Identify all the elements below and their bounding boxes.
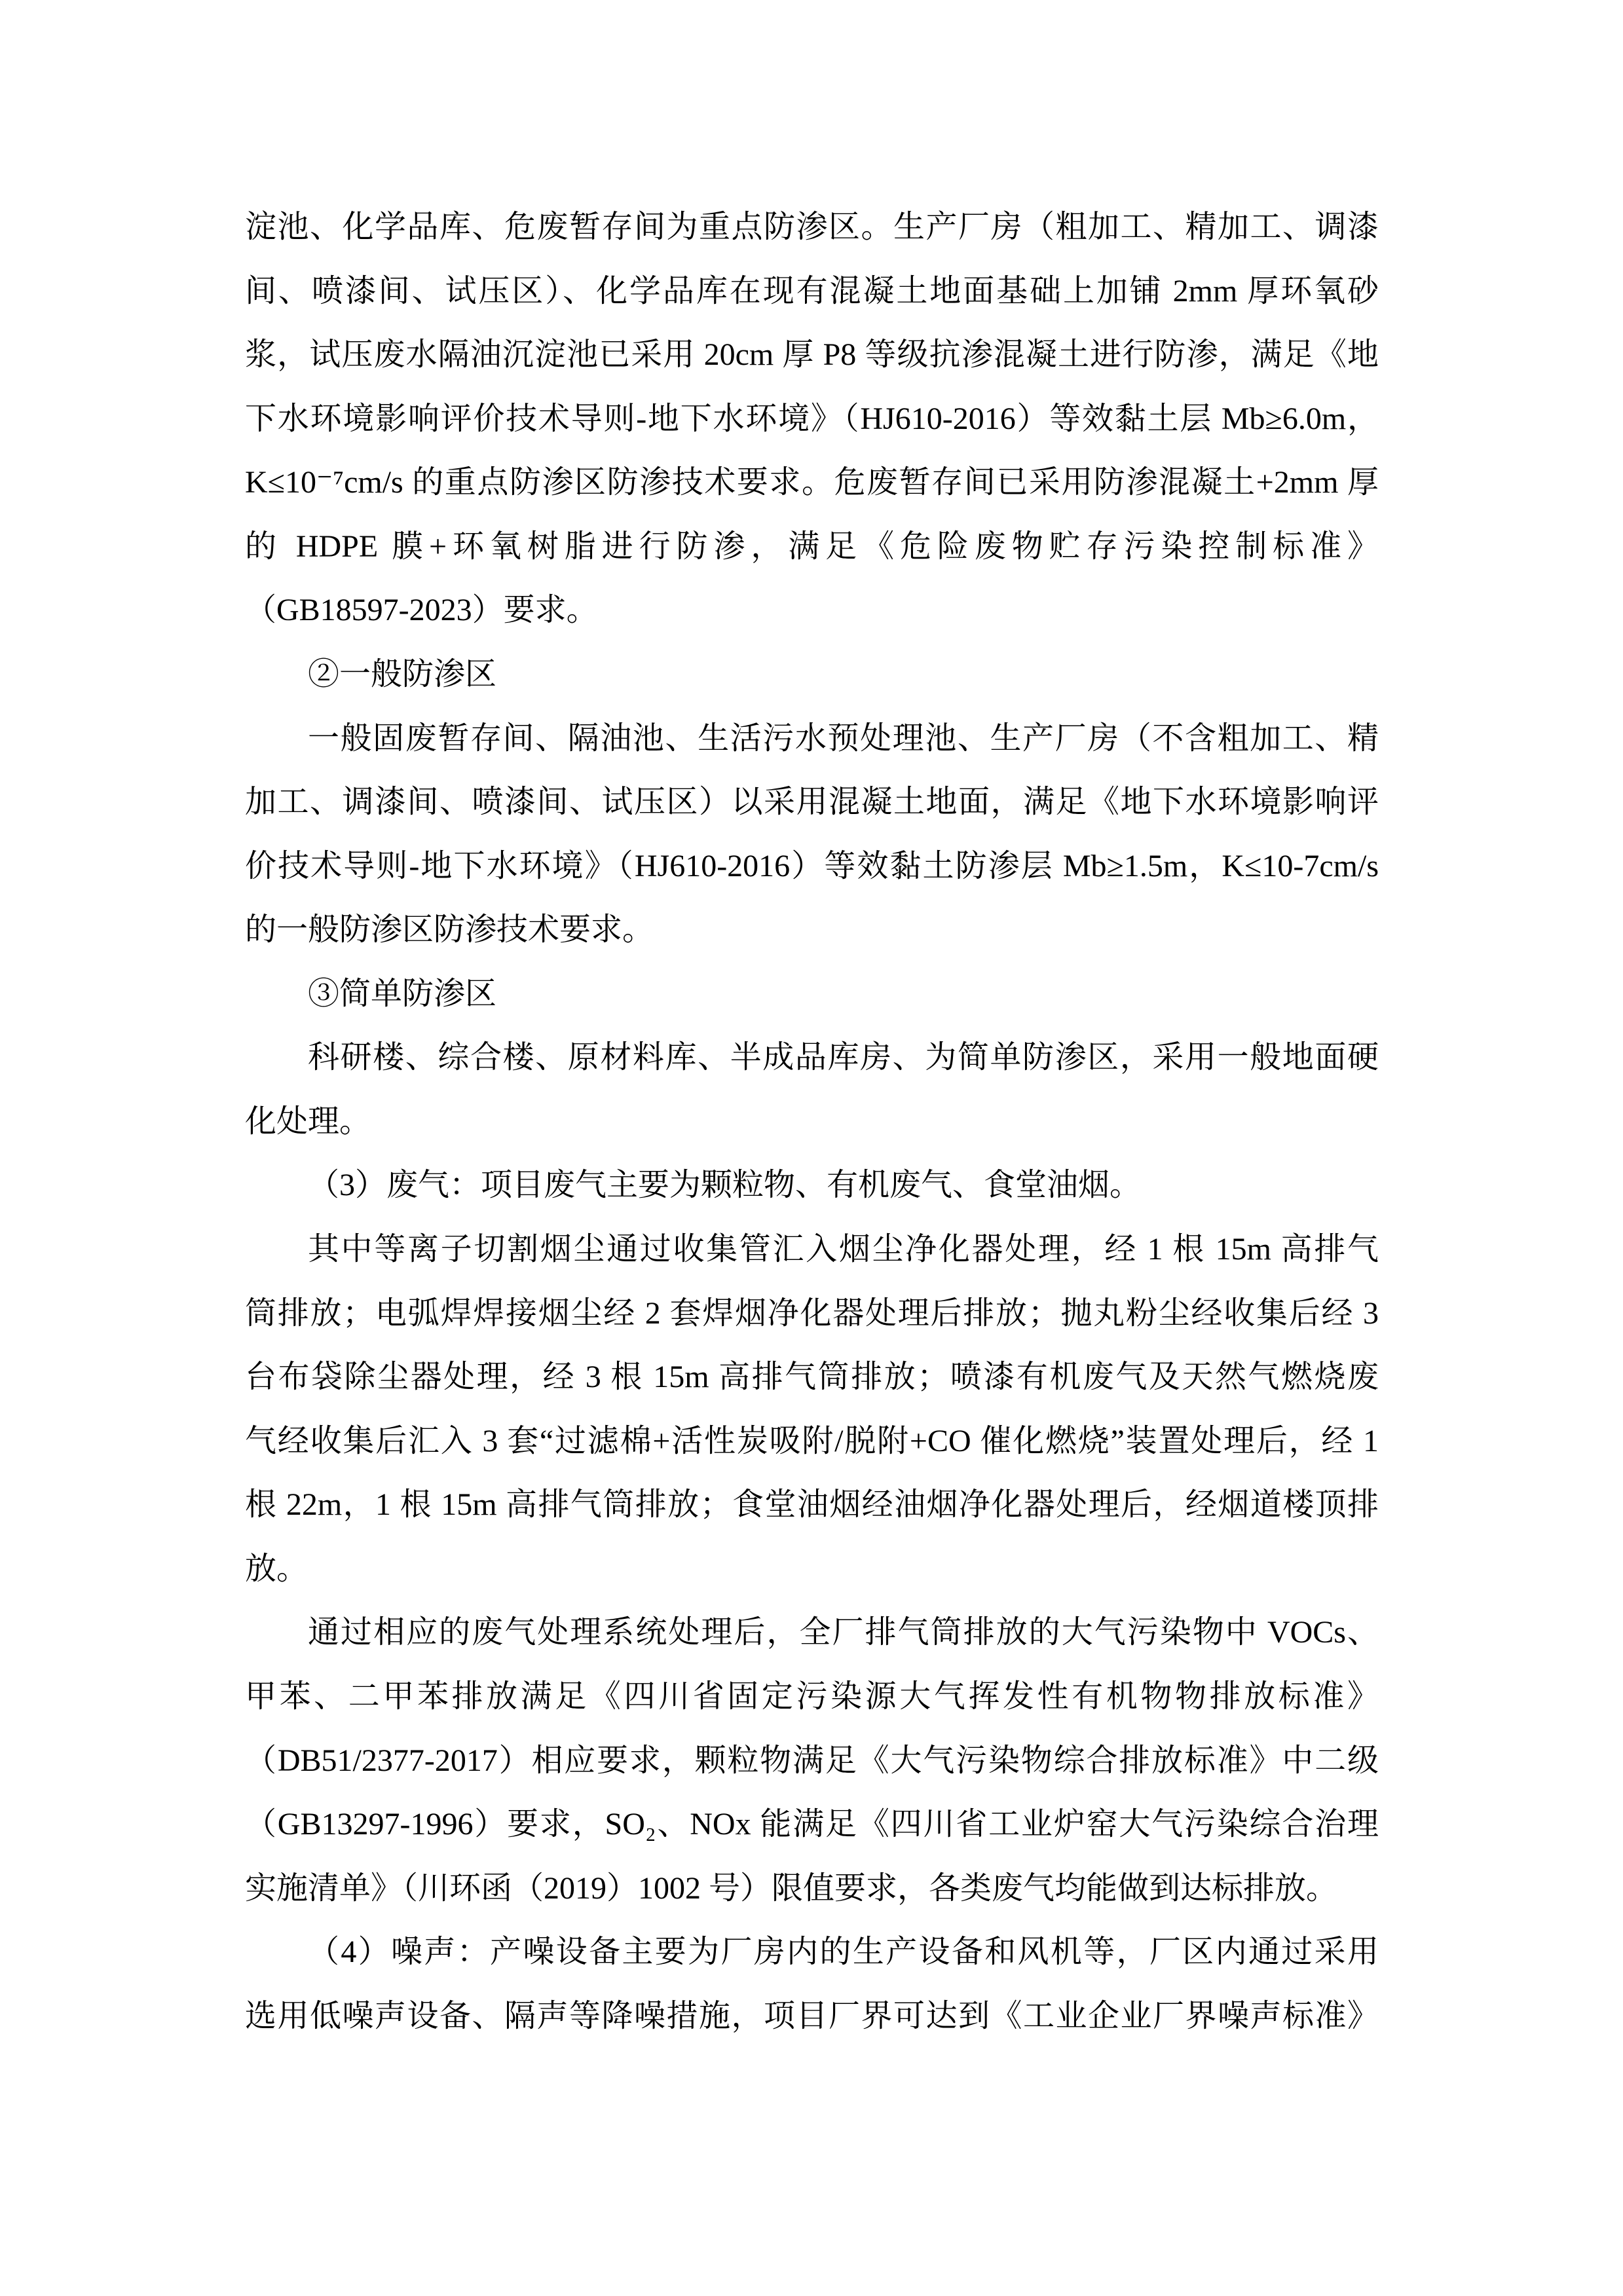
sub-heading-text: ③简单防渗区 bbox=[245, 962, 1379, 1026]
paragraph-emission-compliance: 通过相应的废气处理系统处理后，全厂排气筒排放的大气污染物中 VOCs、 甲苯、二… bbox=[245, 1601, 1379, 1920]
document-body: 淀池、化学品库、危废暂存间为重点防渗区。生产厂房（粗加工、精加工、调漆 间、喷漆… bbox=[245, 195, 1379, 2048]
body-text-line: 台布袋除尘器处理，经 3 根 15m 高排气筒排放；喷漆有机废气及天然气燃烧废 bbox=[245, 1345, 1379, 1409]
body-text-line: 实施清单》（川环函（2019）1002 号）限值要求，各类废气均能做到达标排放。 bbox=[245, 1857, 1379, 1921]
body-text-line: 甲苯、二甲苯排放满足《四川省固定污染源大气挥发性有机物物排放标准》 bbox=[245, 1665, 1379, 1729]
paragraph-key-seepage-zone: 淀池、化学品库、危废暂存间为重点防渗区。生产厂房（粗加工、精加工、调漆 间、喷漆… bbox=[245, 195, 1379, 642]
body-text-line: （4）噪声：产噪设备主要为厂房内的生产设备和风机等，厂区内通过采用 bbox=[245, 1920, 1379, 1984]
paragraph-waste-gas-treatment: 其中等离子切割烟尘通过收集管汇入烟尘净化器处理，经 1 根 15m 高排气 筒排… bbox=[245, 1217, 1379, 1601]
sub-heading-text: ②一般防渗区 bbox=[245, 642, 1379, 707]
body-text-line: 下水环境影响评价技术导则-地下水环境》（HJ610-2016）等效黏土层 Mb≥… bbox=[245, 387, 1379, 451]
paragraph-noise: （4）噪声：产噪设备主要为厂房内的生产设备和风机等，厂区内通过采用 选用低噪声设… bbox=[245, 1920, 1379, 2048]
sub-heading-general-seepage-zone: ②一般防渗区 bbox=[245, 642, 1379, 707]
body-text-line: 根 22m，1 根 15m 高排气筒排放；食堂油烟经油烟净化器处理后，经烟道楼顶… bbox=[245, 1473, 1379, 1537]
body-text-line: 化处理。 bbox=[245, 1090, 1379, 1154]
body-text-line: 的一般防渗区防渗技术要求。 bbox=[245, 898, 1379, 962]
body-text-line: （GB13297-1996）要求，SO₂、NOx 能满足《四川省工业炉窑大气污染… bbox=[245, 1792, 1379, 1857]
section-heading-waste-gas: （3）废气：项目废气主要为颗粒物、有机废气、食堂油烟。 bbox=[245, 1153, 1379, 1217]
body-text-line: 的 HDPE 膜+环氧树脂进行防渗，满足《危险废物贮存污染控制标准》 bbox=[245, 515, 1379, 579]
body-text-line: 间、喷漆间、试压区）、化学品库在现有混凝土地面基础上加铺 2mm 厚环氧砂 bbox=[245, 259, 1379, 324]
body-text-line: 加工、调漆间、喷漆间、试压区）以采用混凝土地面，满足《地下水环境影响评 bbox=[245, 770, 1379, 834]
document-page: 淀池、化学品库、危废暂存间为重点防渗区。生产厂房（粗加工、精加工、调漆 间、喷漆… bbox=[0, 0, 1623, 2296]
body-text-line: 通过相应的废气处理系统处理后，全厂排气筒排放的大气污染物中 VOCs、 bbox=[245, 1601, 1379, 1665]
body-text-line: 选用低噪声设备、隔声等降噪措施，项目厂界可达到《工业企业厂界噪声标准》 bbox=[245, 1984, 1379, 2048]
paragraph-general-seepage-zone: 一般固废暂存间、隔油池、生活污水预处理池、生产厂房（不含粗加工、精 加工、调漆间… bbox=[245, 707, 1379, 962]
body-text-line: 放。 bbox=[245, 1537, 1379, 1601]
body-text-line: （DB51/2377-2017）相应要求，颗粒物满足《大气污染物综合排放标准》中… bbox=[245, 1729, 1379, 1793]
body-text-line: 价技术导则-地下水环境》（HJ610-2016）等效黏土防渗层 Mb≥1.5m，… bbox=[245, 834, 1379, 898]
body-text-line: 筒排放；电弧焊焊接烟尘经 2 套焊烟净化器处理后排放；抛丸粉尘经收集后经 3 bbox=[245, 1282, 1379, 1346]
body-text-line: 淀池、化学品库、危废暂存间为重点防渗区。生产厂房（粗加工、精加工、调漆 bbox=[245, 195, 1379, 259]
section-heading-text: （3）废气：项目废气主要为颗粒物、有机废气、食堂油烟。 bbox=[245, 1153, 1379, 1217]
body-text-line: 科研楼、综合楼、原材料库、半成品库房、为简单防渗区，采用一般地面硬 bbox=[245, 1026, 1379, 1090]
body-text-line: K≤10⁻⁷cm/s 的重点防渗区防渗技术要求。危废暂存间已采用防渗混凝土+2m… bbox=[245, 451, 1379, 515]
body-text-line: 气经收集后汇入 3 套“过滤棉+活性炭吸附/脱附+CO 催化燃烧”装置处理后，经… bbox=[245, 1409, 1379, 1473]
body-text-line: 浆，试压废水隔油沉淀池已采用 20cm 厚 P8 等级抗渗混凝土进行防渗，满足《… bbox=[245, 323, 1379, 387]
body-text-line: 其中等离子切割烟尘通过收集管汇入烟尘净化器处理，经 1 根 15m 高排气 bbox=[245, 1217, 1379, 1282]
sub-heading-simple-seepage-zone: ③简单防渗区 bbox=[245, 962, 1379, 1026]
body-text-line: （GB18597-2023）要求。 bbox=[245, 578, 1379, 642]
body-text-line: 一般固废暂存间、隔油池、生活污水预处理池、生产厂房（不含粗加工、精 bbox=[245, 707, 1379, 771]
paragraph-simple-seepage-zone: 科研楼、综合楼、原材料库、半成品库房、为简单防渗区，采用一般地面硬 化处理。 bbox=[245, 1026, 1379, 1153]
